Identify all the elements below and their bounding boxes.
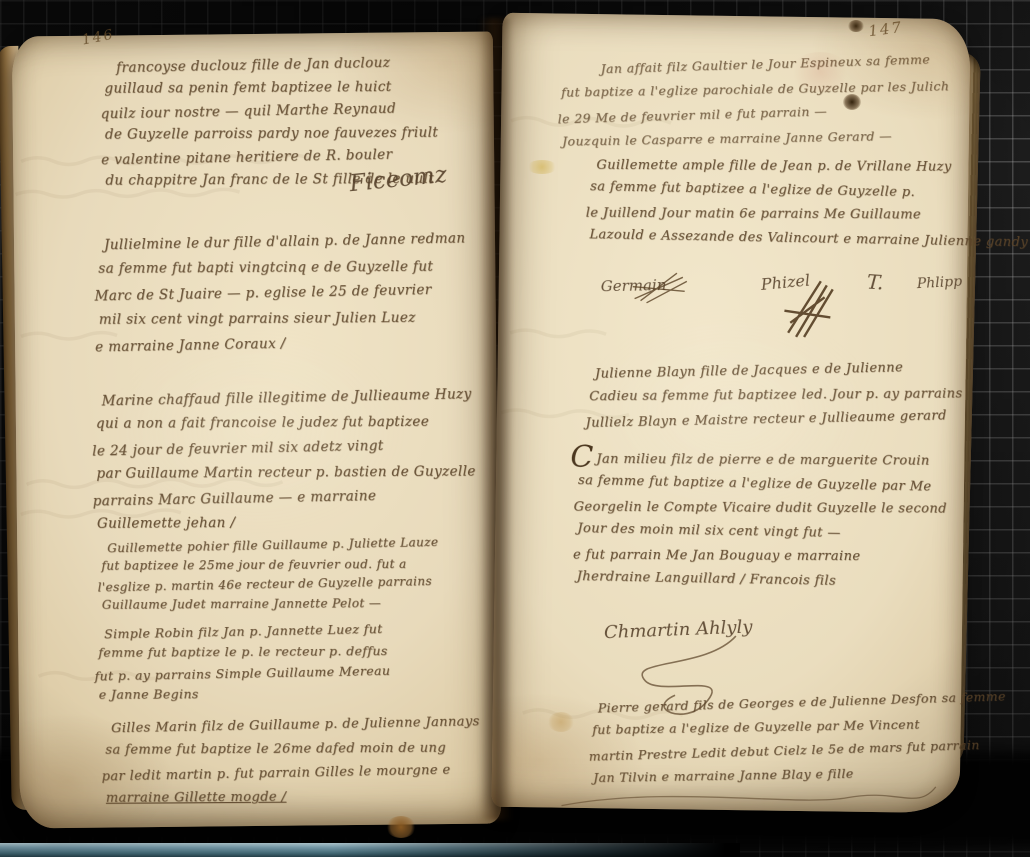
baptism-entry: Jan affait filz Gaultier le Jour Espineu… [556,48,962,154]
baptism-entry: Guillemette pohier fille Guillaume p. Ju… [97,533,498,615]
manuscript-line: marraine Gillette mogde / [106,784,506,810]
baptism-entry: Jan milieu filz de pierre e de marguerit… [573,446,979,596]
right-page: 147 Jan affait filz Gaultier le Jour Esp… [491,13,970,813]
signature: Germain [601,276,667,295]
baptism-entry: Simple Robin filz Jan p. Jannette Luez f… [94,617,499,705]
signature: Phizel [760,271,811,294]
baptism-entry: Gilles Marin filz de Guillaume p. de Jul… [101,711,502,811]
baptism-entry: Marine chaffaud fille illegitime de Jull… [92,383,498,537]
manuscript-line: Jan Tilvin e marraine Janne Blay e fille [593,759,987,790]
signature: T. [866,269,884,294]
table-edge [0,843,740,857]
signature: Chmartin Ahlyly [604,616,753,643]
manuscript-line: Jherdraine Languillard / Francois fils [576,565,980,596]
manuscript-photograph: 146 francoyse duclouz fille de Jan duclo… [0,0,1030,857]
folio-number: 147 [867,18,904,40]
gutter-shadow [479,18,513,820]
manuscript-line: Lazould e Assezande des Valincourt e mar… [589,223,981,254]
left-page: 146 francoyse duclouz fille de Jan duclo… [12,32,501,829]
baptism-entry: Guillemette ample fille de Jean p. de Vr… [585,152,978,253]
manuscript-line: e Janne Begins [99,681,503,704]
signature-row: Germain Phizel T. Phlipp [594,264,975,329]
baptism-entry: Jullielmine le dur fille d'allain p. de … [94,228,495,360]
baptism-entry: Pierre gerard fils de Georges e de Julie… [587,687,983,791]
baptism-entry: Julienne Blayn fille de Jacques e de Jul… [585,356,982,434]
manuscript-line: Guillaume Judet marraine Jannette Pelot … [102,593,502,615]
signature: Phlipp [916,274,962,293]
